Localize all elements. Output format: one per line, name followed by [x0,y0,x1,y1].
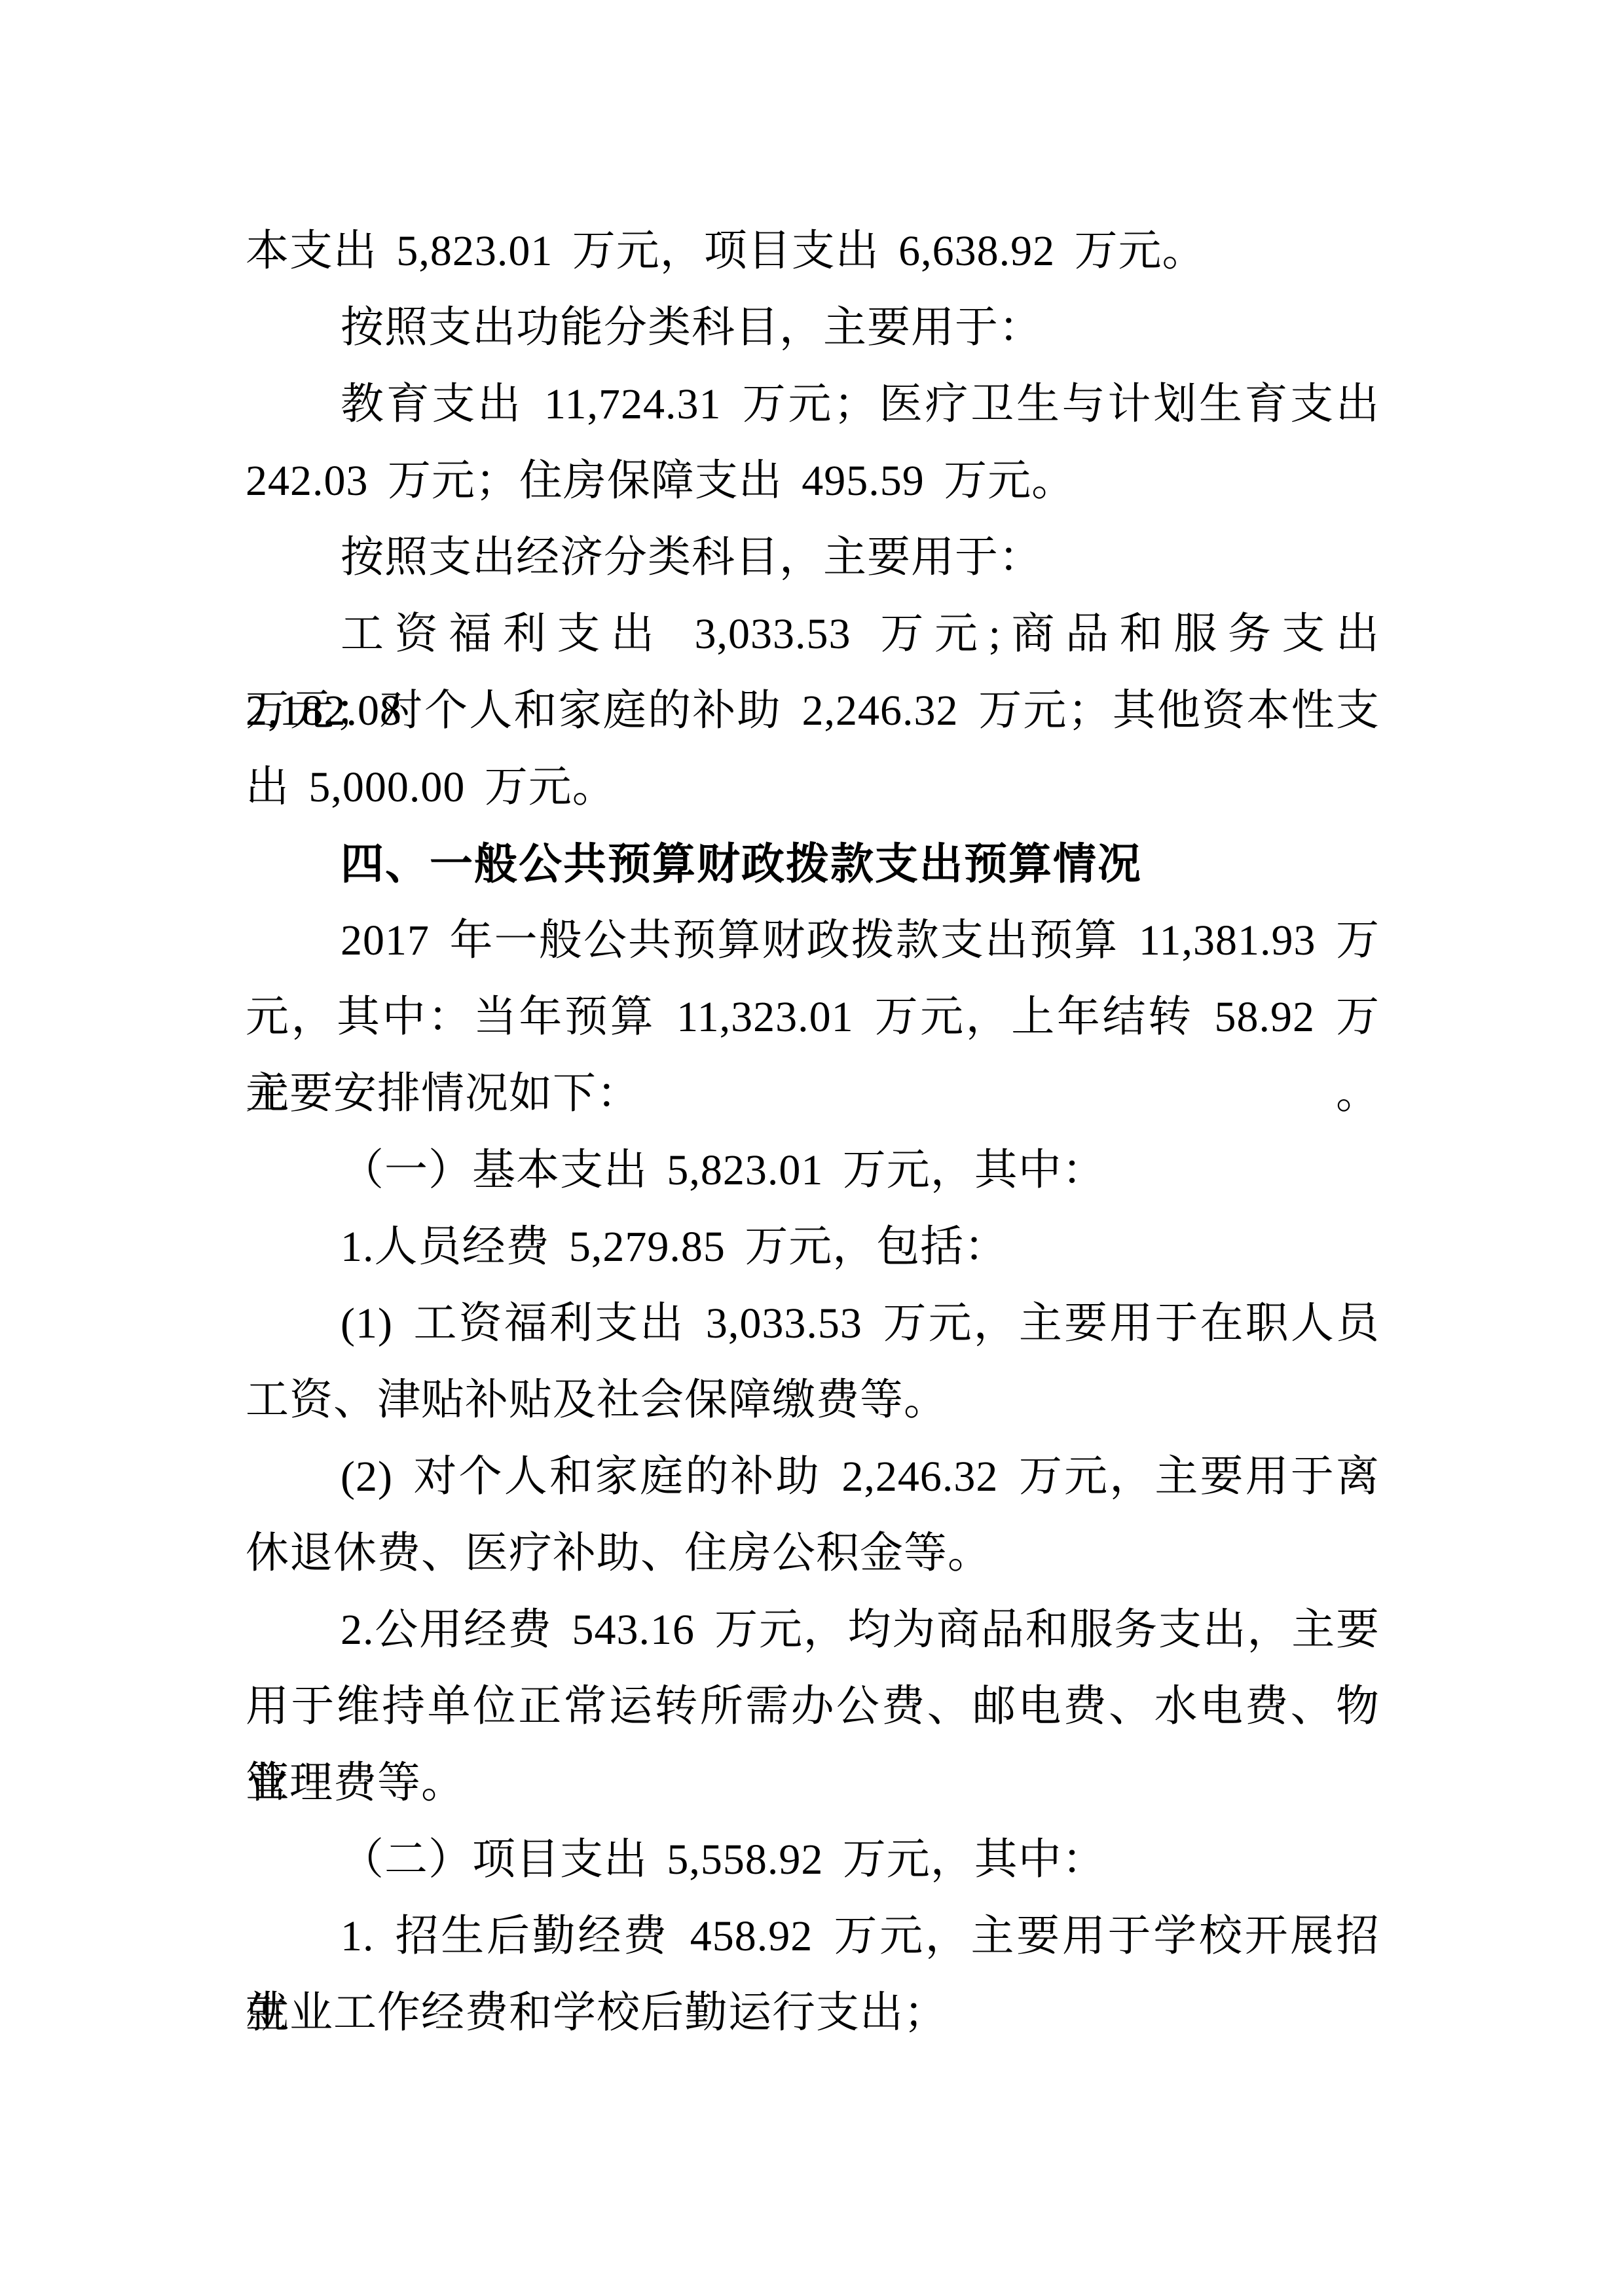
paragraph-line: 就业工作经费和学校后勤运行支出； [246,1975,1380,2051]
paragraph-line: 242.03 万元；住房保障支出 495.59 万元。 [246,443,1380,519]
document-page: 本支出 5,823.01 万元，项目支出 6,638.92 万元。按照支出功能分… [0,0,1624,2296]
paragraph-line: 出 5,000.00 万元。 [246,749,1380,826]
text-block: 本支出 5,823.01 万元，项目支出 6,638.92 万元。按照支出功能分… [246,213,1380,2051]
paragraph-line: 元，其中：当年预算 11,323.01 万元，上年结转 58.92 万元。 [246,979,1380,1055]
paragraph-line: 管理费等。 [246,1745,1380,1821]
paragraph-line: (2) 对个人和家庭的补助 2,246.32 万元，主要用于离 [246,1438,1380,1515]
paragraph-line: 万元；对个人和家庭的补助 2,246.32 万元；其他资本性支 [246,672,1380,749]
paragraph-line: 按照支出功能分类科目，主要用于： [246,289,1380,366]
paragraph-line: 工资福利支出 3,033.53 万元;商品和服务支出 2,182.08 [246,596,1380,672]
paragraph-line: 2017 年一般公共预算财政拨款支出预算 11,381.93 万 [246,902,1380,979]
paragraph-line: 用于维持单位正常运转所需办公费、邮电费、水电费、物业 [246,1668,1380,1745]
section-heading: 四、一般公共预算财政拨款支出预算情况 [246,826,1380,902]
paragraph-line: 工资、津贴补贴及社会保障缴费等。 [246,1362,1380,1438]
paragraph-line: （二）项目支出 5,558.92 万元，其中： [246,1821,1380,1898]
paragraph-line: 教育支出 11,724.31 万元；医疗卫生与计划生育支出 [246,366,1380,443]
paragraph-line: 1.人员经费 5,279.85 万元，包括： [246,1209,1380,1285]
paragraph-line: （一）基本支出 5,823.01 万元，其中： [246,1132,1380,1209]
paragraph-line: 本支出 5,823.01 万元，项目支出 6,638.92 万元。 [246,213,1380,289]
paragraph-line: (1) 工资福利支出 3,033.53 万元，主要用于在职人员 [246,1285,1380,1362]
paragraph-line: 按照支出经济分类科目，主要用于： [246,519,1380,596]
paragraph-line: 2.公用经费 543.16 万元，均为商品和服务支出，主要 [246,1592,1380,1668]
paragraph-line: 休退休费、医疗补助、住房公积金等。 [246,1515,1380,1592]
paragraph-line: 1. 招生后勤经费 458.92 万元，主要用于学校开展招生 [246,1898,1380,1975]
